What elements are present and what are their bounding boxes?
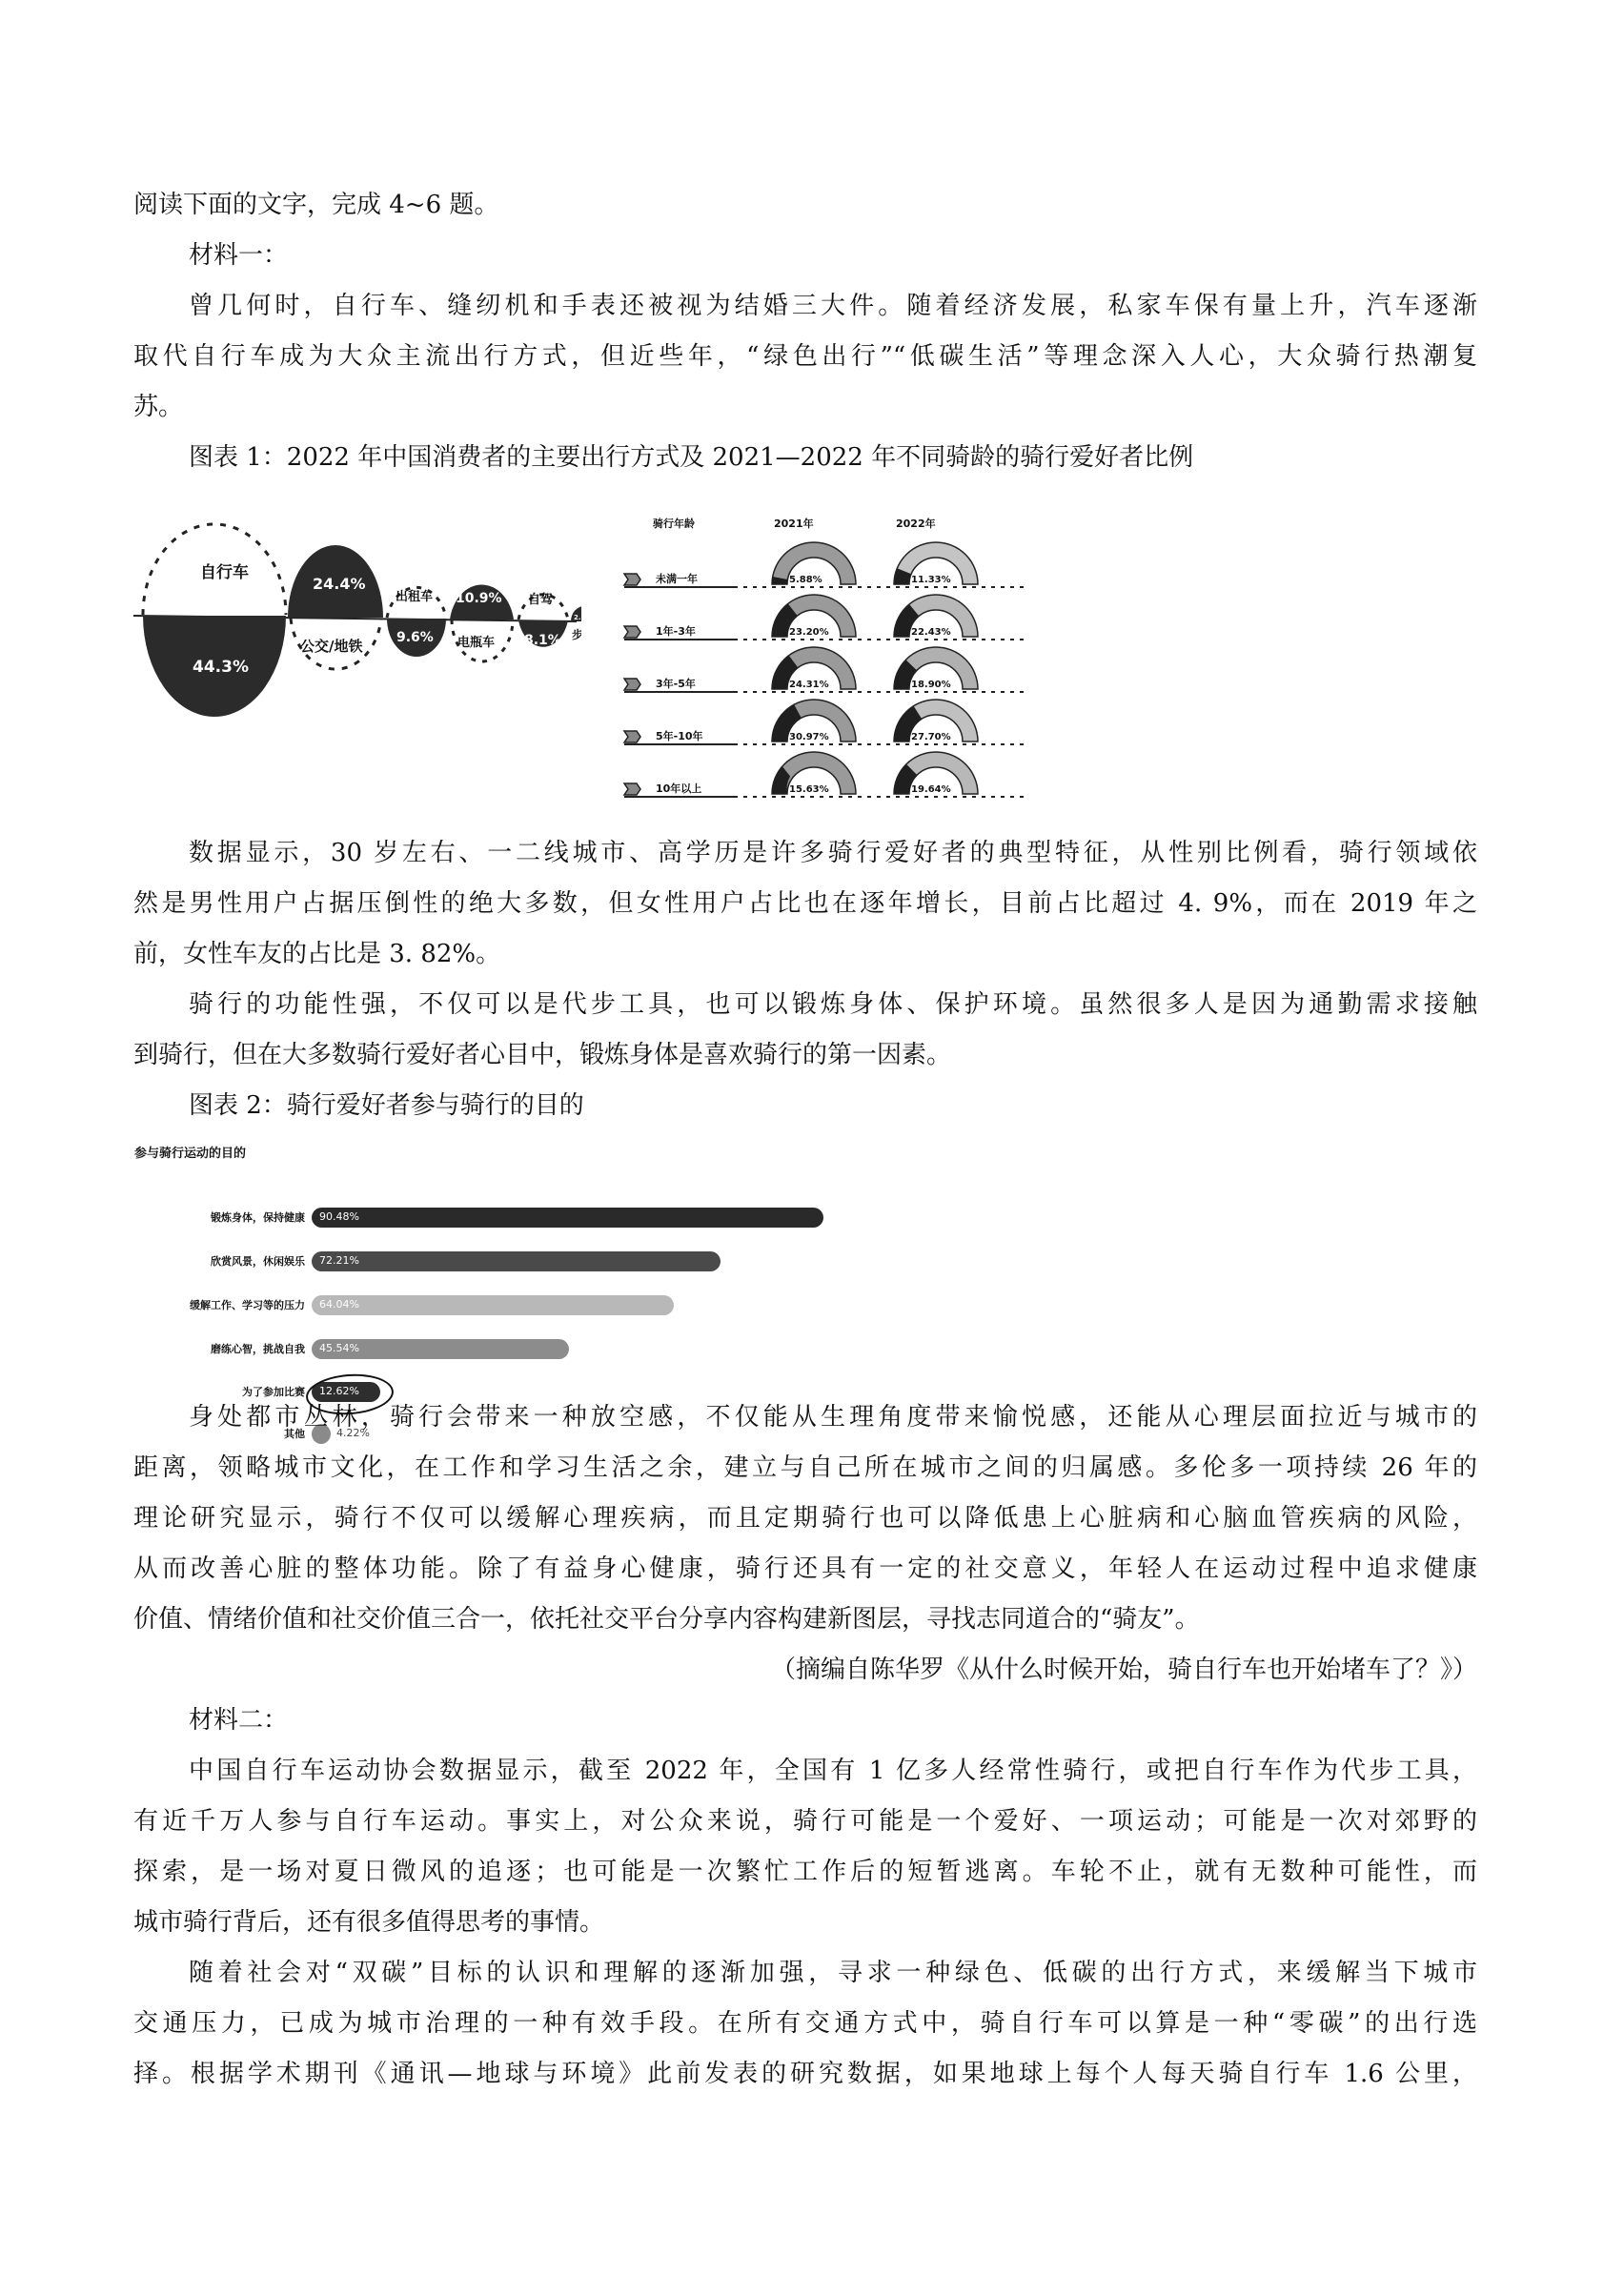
gauge-row: 1年-3年 23.20% 22.43% [624, 595, 1025, 640]
svg-text:2.5%: 2.5% [574, 614, 581, 621]
chevron-icon [624, 731, 640, 742]
travel-mode-chart: 自行车 44.3% 24.4% 公交/地铁 出租车 9.6% 10.9% 电瓶车… [133, 515, 581, 724]
svg-text:22.43%: 22.43% [911, 627, 951, 638]
bar: 45.54% [312, 1339, 569, 1359]
bar-row: 欣赏风景，休闲娱乐 72.21% [129, 1251, 853, 1272]
chart-title: 参与骑行运动的目的 [134, 1143, 246, 1161]
svg-text:1年-3年: 1年-3年 [656, 624, 696, 638]
bar-value: 72.21% [319, 1254, 359, 1267]
svg-text:30.97%: 30.97% [789, 732, 829, 742]
paragraph-line: 随着社会对“双碳”目标的认识和理解的逐渐加强，寻求一种绿色、低碳的出行方式，来缓… [189, 1959, 1477, 1987]
paragraph-line: 曾几何时，自行车、缝纫机和手表还被视为结婚三大件。随着经济发展，私家车保有量上升… [189, 292, 1477, 320]
svg-text:15.63%: 15.63% [789, 784, 829, 795]
svg-text:8.1%: 8.1% [524, 633, 561, 648]
gauge-row: 未满一年 5.88% 11.33% [624, 542, 1025, 587]
bar-row: 锻炼身体，保持健康 90.48% [129, 1208, 853, 1229]
svg-text:未满一年: 未满一年 [656, 572, 698, 585]
chevron-icon [624, 574, 640, 585]
svg-text:2021年: 2021年 [774, 517, 814, 530]
svg-text:3年-5年: 3年-5年 [656, 677, 696, 690]
svg-text:自驾: 自驾 [528, 592, 553, 607]
bar-row: 为了参加比赛 12.62% [129, 1382, 853, 1403]
gauge-row: 5年-10年 30.97% 27.70% [624, 700, 1025, 744]
riding-age-gauge-chart: 骑行年龄 2021年 2022年 未满一年 5.88% 11.33% 1年-3年… [619, 510, 1029, 810]
chevron-icon [624, 679, 640, 690]
bar-value: 45.54% [319, 1342, 359, 1354]
bar-label: 为了参加比赛 [242, 1384, 305, 1399]
riding-age-graphic: 骑行年龄 2021年 2022年 未满一年 5.88% 11.33% 1年-3年… [619, 510, 1029, 810]
paragraph-line: 理论研究显示，骑行不仅可以缓解心理疾病，而且定期骑行也可以降低患上心脏病和心脑血… [133, 1504, 1477, 1533]
bar: 64.04% [312, 1295, 674, 1315]
svg-text:5年-10年: 5年-10年 [656, 729, 703, 742]
paragraph-line: 价值、情绪价值和社交价值三合一，依托社交平台分享内容构建新图层，寻找志同道合的“… [133, 1605, 1477, 1634]
gauge-row: 10年以上 15.63% 19.64% [624, 752, 1025, 797]
paragraph-line: 骑行的功能性强，不仅可以是代步工具，也可以锻炼身体、保护环境。虽然很多人是因为通… [189, 990, 1477, 1019]
svg-text:公交/地铁: 公交/地铁 [300, 638, 362, 655]
svg-text:18.90%: 18.90% [911, 680, 951, 690]
paragraph-line: 数据显示，30 岁左右、一二线城市、高学历是许多骑行爱好者的典型特征，从性别比例… [189, 839, 1477, 867]
bar-row: 磨练心智，挑战自我 45.54% [129, 1339, 853, 1360]
paragraph-line: 前，女性车友的占比是 3. 82%。 [133, 940, 1477, 968]
paragraph-line: 择。根据学术期刊《通讯—地球与环境》此前发表的研究数据，如果地球上每个人每天骑自… [133, 2060, 1477, 2088]
paragraph-line: 交通压力，已成为城市治理的一种有效手段。在所有交通方式中，骑自行车可以算是一种“… [133, 2009, 1477, 2038]
svg-text:19.64%: 19.64% [911, 784, 951, 795]
svg-text:27.70%: 27.70% [911, 732, 951, 742]
svg-text:24.31%: 24.31% [789, 680, 829, 690]
gauge-row: 3年-5年 24.31% 18.90% [624, 647, 1025, 692]
mode-label: 自行车 [200, 562, 249, 582]
material1-heading: 材料一： [189, 241, 1477, 270]
travel-mode-graphic: 自行车 44.3% 24.4% 公交/地铁 出租车 9.6% 10.9% 电瓶车… [133, 515, 581, 724]
chevron-icon [624, 626, 640, 638]
bar-value: 64.04% [319, 1298, 359, 1311]
material2-heading: 材料二： [189, 1706, 1477, 1735]
paragraph-line: 有近千万人参与自行车运动。事实上，对公众来说，骑行可能是一个爱好、一项运动；可能… [133, 1807, 1477, 1836]
bar: 90.48% [312, 1208, 823, 1228]
paragraph-line: 从而改善心脏的整体功能。除了有益身心健康，骑行还具有一定的社交意义，年轻人在运动… [133, 1554, 1477, 1583]
paragraph-line: 探索，是一场对夏日微风的追逐；也可能是一次繁忙工作后的短暂逃离。车轮不止，就有无… [133, 1858, 1477, 1886]
svg-text:2022年: 2022年 [896, 517, 936, 530]
paragraph-line: 然是男性用户占据压倒性的绝大多数，但女性用户占比也在逐年增长，目前占比超过 4.… [133, 889, 1477, 918]
svg-text:10年以上: 10年以上 [656, 782, 701, 795]
svg-text:44.3%: 44.3% [193, 658, 249, 677]
paragraph-line: 取代自行车成为大众主流出行方式，但近些年，“绿色出行”“低碳生活”等理念深入人心… [133, 342, 1477, 371]
chevron-icon [624, 783, 640, 795]
paragraph-line: 城市骑行背后，还有很多值得思考的事情。 [133, 1908, 1477, 1937]
svg-text:5.88%: 5.88% [789, 575, 822, 585]
bar-label: 锻炼身体，保持健康 [211, 1209, 305, 1225]
bar-label: 缓解工作、学习等的压力 [190, 1297, 305, 1312]
paragraph-line: 距离，领略城市文化，在工作和学习生活之余，建立与自己所在城市之间的归属感。多伦多… [133, 1453, 1477, 1482]
bar-value: 90.48% [319, 1210, 359, 1223]
citation: （摘编自陈华罗《从什么时候开始，骑自行车也开始堵车了？》） [133, 1656, 1477, 1684]
svg-text:11.33%: 11.33% [911, 575, 951, 585]
bar: 72.21% [312, 1251, 721, 1271]
svg-text:步行: 步行 [572, 627, 581, 641]
svg-text:出租车: 出租车 [396, 589, 433, 604]
paragraph-line: 到骑行，但在大多数骑行爱好者心目中，锻炼身体是喜欢骑行的第一因素。 [133, 1041, 1477, 1069]
svg-text:9.6%: 9.6% [396, 630, 434, 645]
svg-text:电瓶车: 电瓶车 [457, 635, 495, 650]
figure1-caption: 图表 1：2022 年中国消费者的主要出行方式及 2021—2022 年不同骑龄… [189, 443, 1193, 472]
paragraph-line: 苏。 [133, 393, 1477, 421]
svg-text:24.4%: 24.4% [313, 575, 366, 593]
bar-label: 磨练心智，挑战自我 [211, 1341, 305, 1356]
instruction-text: 阅读下面的文字，完成 4~6 题。 [133, 191, 1477, 219]
figure2-caption: 图表 2：骑行爱好者参与骑行的目的 [189, 1091, 584, 1120]
bar-row: 缓解工作、学习等的压力 64.04% [129, 1295, 853, 1316]
svg-text:23.20%: 23.20% [789, 627, 829, 638]
svg-text:10.9%: 10.9% [456, 591, 502, 606]
svg-text:骑行年龄: 骑行年龄 [653, 517, 695, 530]
bar-label: 欣赏风景，休闲娱乐 [211, 1253, 305, 1269]
paragraph-line: 中国自行车运动协会数据显示，截至 2022 年，全国有 1 亿多人经常性骑行，或… [189, 1757, 1477, 1785]
paragraph-line: 身处都市丛林，骑行会带来一种放空感，不仅能从生理角度带来愉悦感，还能从心理层面拉… [189, 1403, 1477, 1432]
